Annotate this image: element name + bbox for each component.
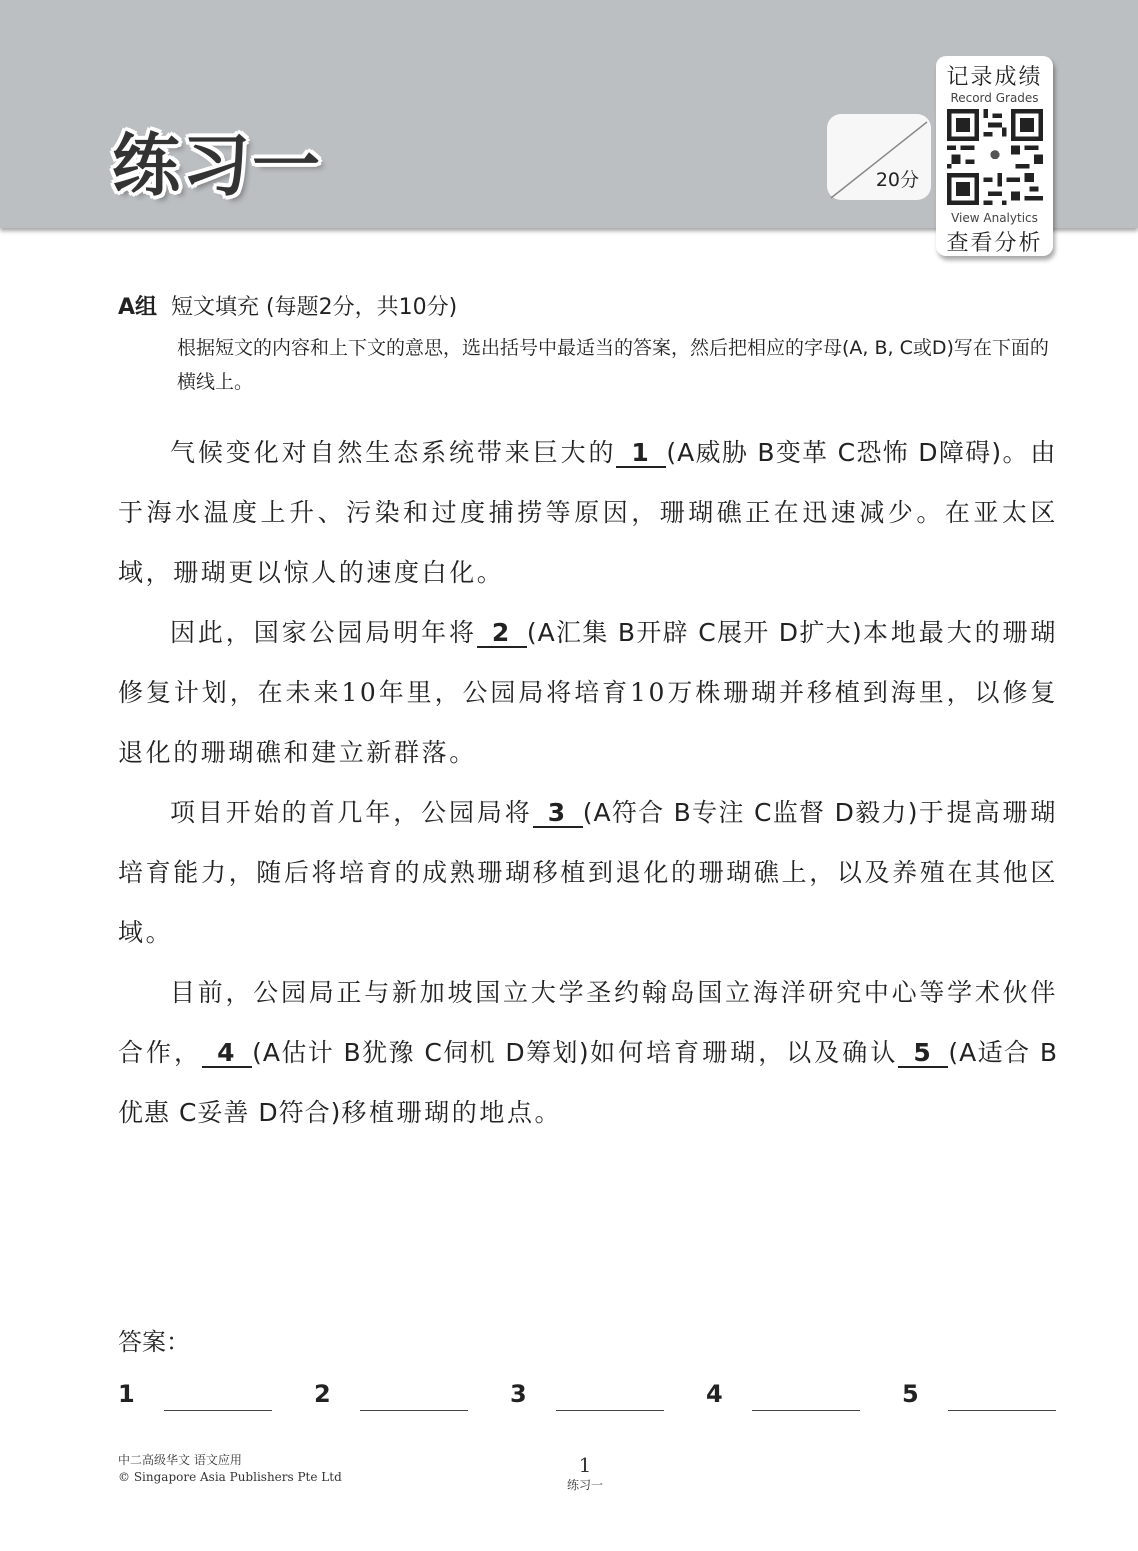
answer-number: 3 xyxy=(510,1380,527,1408)
answer-number: 4 xyxy=(706,1380,723,1408)
qr-card[interactable]: 记录成绩 Record Grades View Analytics 查看分析 xyxy=(936,56,1053,256)
view-analytics-en: View Analytics xyxy=(936,211,1053,225)
passage-paragraph-2: 因此，国家公园局明年将2(A汇集 B开辟 C展开 D扩大)本地最大的珊瑚修复计划… xyxy=(118,603,1058,783)
answer-number: 5 xyxy=(902,1380,919,1408)
text: 气候变化对自然生态系统带来巨大的 xyxy=(170,438,616,467)
answer-field-2[interactable] xyxy=(360,1410,468,1411)
options-3: (A符合 B专注 C监督 D毅力) xyxy=(583,798,919,827)
text: 如何培育珊瑚，以及确认 xyxy=(590,1038,899,1067)
options-4: (A估计 B犹豫 C伺机 D筹划) xyxy=(252,1038,590,1067)
passage: 气候变化对自然生态系统带来巨大的1(A威胁 B变革 C恐怖 D障碍)。由于海水温… xyxy=(118,423,1058,1143)
blank-3: 3 xyxy=(533,800,583,828)
section-title: 短文填充 (每题2分，共10分) xyxy=(171,295,457,320)
passage-paragraph-1: 气候变化对自然生态系统带来巨大的1(A威胁 B变革 C恐怖 D障碍)。由于海水温… xyxy=(118,423,1058,603)
answer-row: 1 2 3 4 5 xyxy=(118,1380,1058,1416)
score-total: 20分 xyxy=(876,165,919,192)
section-heading: A组 短文填充 (每题2分，共10分) xyxy=(118,290,457,321)
record-grades-cn: 记录成绩 xyxy=(936,60,1053,91)
answer-field-3[interactable] xyxy=(556,1410,664,1411)
passage-paragraph-4: 目前，公园局正与新加坡国立大学圣约翰岛国立海洋研究中心等学术伙伴合作，4(A估计… xyxy=(118,963,1058,1143)
record-grades-en: Record Grades xyxy=(936,91,1053,105)
blank-4: 4 xyxy=(202,1040,252,1068)
answer-field-4[interactable] xyxy=(752,1410,860,1411)
answer-number: 2 xyxy=(314,1380,331,1408)
section-group: A组 xyxy=(118,295,157,320)
footer-center: 1 练习一 xyxy=(550,1454,620,1493)
section-instructions: 根据短文的内容和上下文的意思，选出括号中最适当的答案，然后把相应的字母(A, B… xyxy=(177,331,1057,399)
text: 移植珊瑚的地点。 xyxy=(341,1098,562,1127)
qr-code-icon[interactable] xyxy=(947,109,1043,205)
page-header: 练习一 20分 记录成绩 Record Grades Vie xyxy=(0,0,1138,228)
answer-field-5[interactable] xyxy=(948,1410,1056,1411)
blank-5: 5 xyxy=(898,1040,948,1068)
page-section: 练习一 xyxy=(550,1476,620,1493)
copyright: © Singapore Asia Publishers Pte Ltd xyxy=(118,1469,342,1486)
page-title: 练习一 xyxy=(112,112,322,209)
passage-paragraph-3: 项目开始的首几年，公园局将3(A符合 B专注 C监督 D毅力)于提高珊瑚培育能力… xyxy=(118,783,1058,963)
score-box: 20分 xyxy=(827,114,931,200)
answer-number: 1 xyxy=(118,1380,135,1408)
options-1: (A威胁 B变革 C恐怖 D障碍) xyxy=(666,438,1002,467)
blank-1: 1 xyxy=(616,440,666,468)
page-number: 1 xyxy=(550,1454,620,1476)
answers-label: 答案： xyxy=(118,1322,190,1357)
answer-field-1[interactable] xyxy=(164,1410,272,1411)
text: 因此，国家公园局明年将 xyxy=(170,618,477,647)
footer-left: 中二高级华文 语文应用 © Singapore Asia Publishers … xyxy=(118,1452,342,1486)
view-analytics-cn: 查看分析 xyxy=(936,226,1053,257)
blank-2: 2 xyxy=(477,620,527,648)
options-2: (A汇集 B开辟 C展开 D扩大) xyxy=(527,618,863,647)
text: 项目开始的首几年，公园局将 xyxy=(170,798,533,827)
book-title: 中二高级华文 语文应用 xyxy=(118,1452,342,1469)
